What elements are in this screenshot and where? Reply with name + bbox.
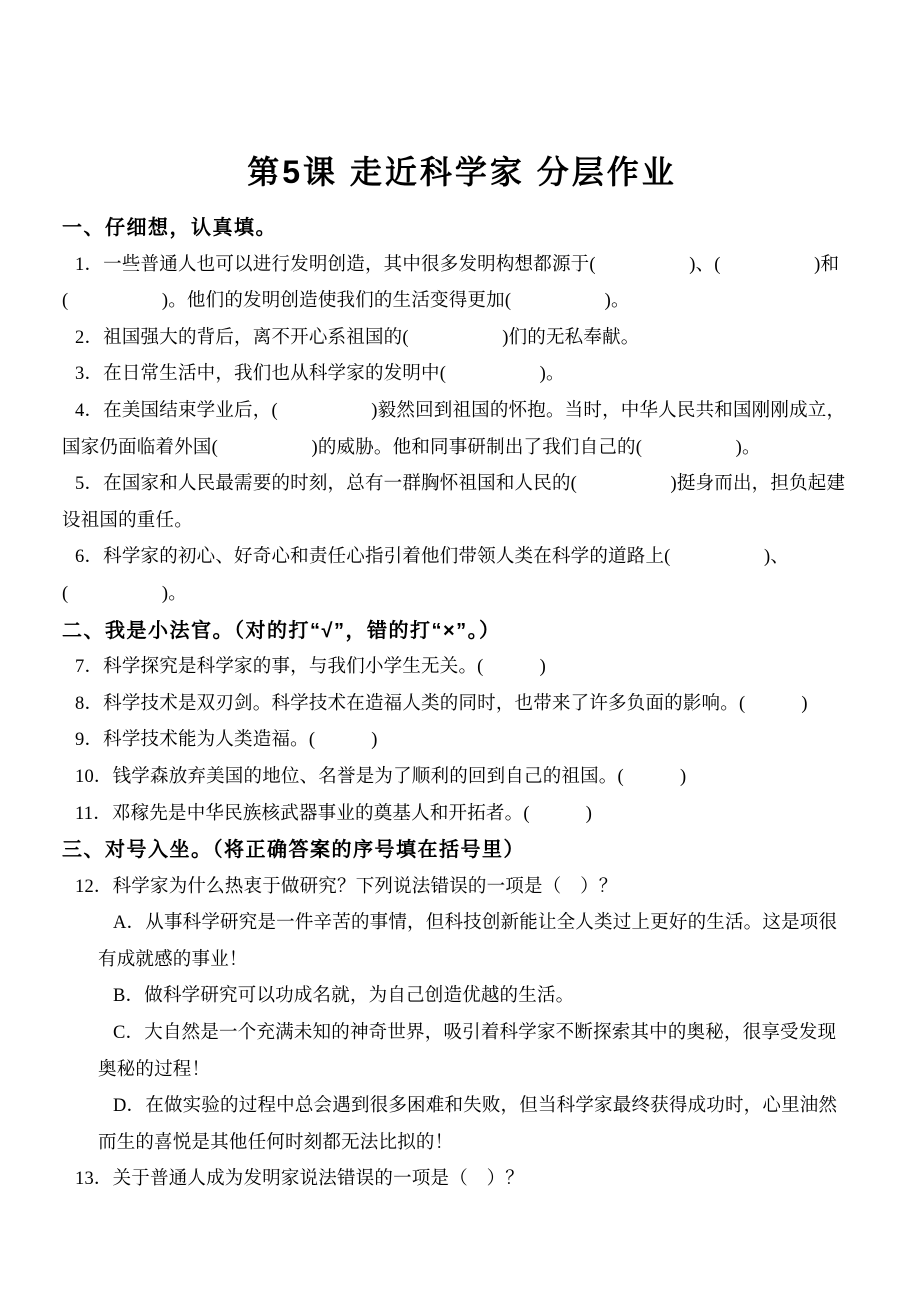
section-2-heading: 二、我是小法官。（对的打“√”，错的打“×”。） xyxy=(62,613,862,650)
section-1-heading: 一、仔细想，认真填。 xyxy=(62,210,862,247)
question-1-line-2: ( )。他们的发明创造使我们的生活变得更加( )。 xyxy=(62,283,862,320)
question-5-line-1: 5．在国家和人民最需要的时刻，总有一群胸怀祖国和人民的( )挺身而出，担负起建 xyxy=(62,466,862,503)
question-5-line-2: 设祖国的重任。 xyxy=(62,503,862,540)
question-6-line-1: 6．科学家的初心、好奇心和责任心指引着他们带领人类在科学的道路上( )、 xyxy=(62,539,862,576)
question-12-option-c-line-1: C．大自然是一个充满未知的神奇世界，吸引着科学家不断探索其中的奥秘，很享受发现 xyxy=(62,1015,862,1052)
question-12-option-b-line-1: B．做科学研究可以功成名就，为自己创造优越的生活。 xyxy=(62,978,862,1015)
question-12-option-c-line-2: 奥秘的过程！ xyxy=(62,1052,862,1089)
question-12-option-a-line-2: 有成就感的事业！ xyxy=(62,942,862,979)
question-4-line-1: 4．在美国结束学业后，( )毅然回到祖国的怀抱。当时，中华人民共和国刚刚成立， xyxy=(62,393,862,430)
worksheet-page: 第5课 走近科学家 分层作业 一、仔细想，认真填。 1．一些普通人也可以进行发明… xyxy=(0,0,920,1302)
question-13-line-1: 13．关于普通人成为发明家说法错误的一项是（ ）？ xyxy=(62,1161,862,1198)
worksheet-content: 一、仔细想，认真填。 1．一些普通人也可以进行发明创造，其中很多发明构想都源于(… xyxy=(62,210,862,1198)
question-2-line-1: 2．祖国强大的背后，离不开心系祖国的( )们的无私奉献。 xyxy=(62,320,862,357)
page-title: 第5课 走近科学家 分层作业 xyxy=(62,150,862,194)
question-4-line-2: 国家仍面临着外国( )的威胁。他和同事研制出了我们自己的( )。 xyxy=(62,430,862,467)
question-1-line-1: 1．一些普通人也可以进行发明创造，其中很多发明构想都源于( )、( )和 xyxy=(62,247,862,284)
question-12-line-1: 12．科学家为什么热衷于做研究？下列说法错误的一项是（ ）？ xyxy=(62,869,862,906)
question-12-option-d-line-2: 而生的喜悦是其他任何时刻都无法比拟的！ xyxy=(62,1125,862,1162)
question-7-line-1: 7．科学探究是科学家的事，与我们小学生无关。( ) xyxy=(62,649,862,686)
question-8-line-1: 8．科学技术是双刃剑。科学技术在造福人类的同时，也带来了许多负面的影响。( ) xyxy=(62,686,862,723)
question-12-option-d-line-1: D．在做实验的过程中总会遇到很多困难和失败，但当科学家最终获得成功时，心里油然 xyxy=(62,1088,862,1125)
question-3-line-1: 3．在日常生活中，我们也从科学家的发明中( )。 xyxy=(62,356,862,393)
question-11-line-1: 11．邓稼先是中华民族核武器事业的奠基人和开拓者。( ) xyxy=(62,796,862,833)
question-6-line-2: ( )。 xyxy=(62,576,862,613)
question-9-line-1: 9．科学技术能为人类造福。( ) xyxy=(62,722,862,759)
question-12-option-a-line-1: A．从事科学研究是一件辛苦的事情，但科技创新能让全人类过上更好的生活。这是项很 xyxy=(62,905,862,942)
question-10-line-1: 10．钱学森放弃美国的地位、名誉是为了顺利的回到自己的祖国。( ) xyxy=(62,759,862,796)
section-3-heading: 三、对号入坐。（将正确答案的序号填在括号里） xyxy=(62,832,862,869)
